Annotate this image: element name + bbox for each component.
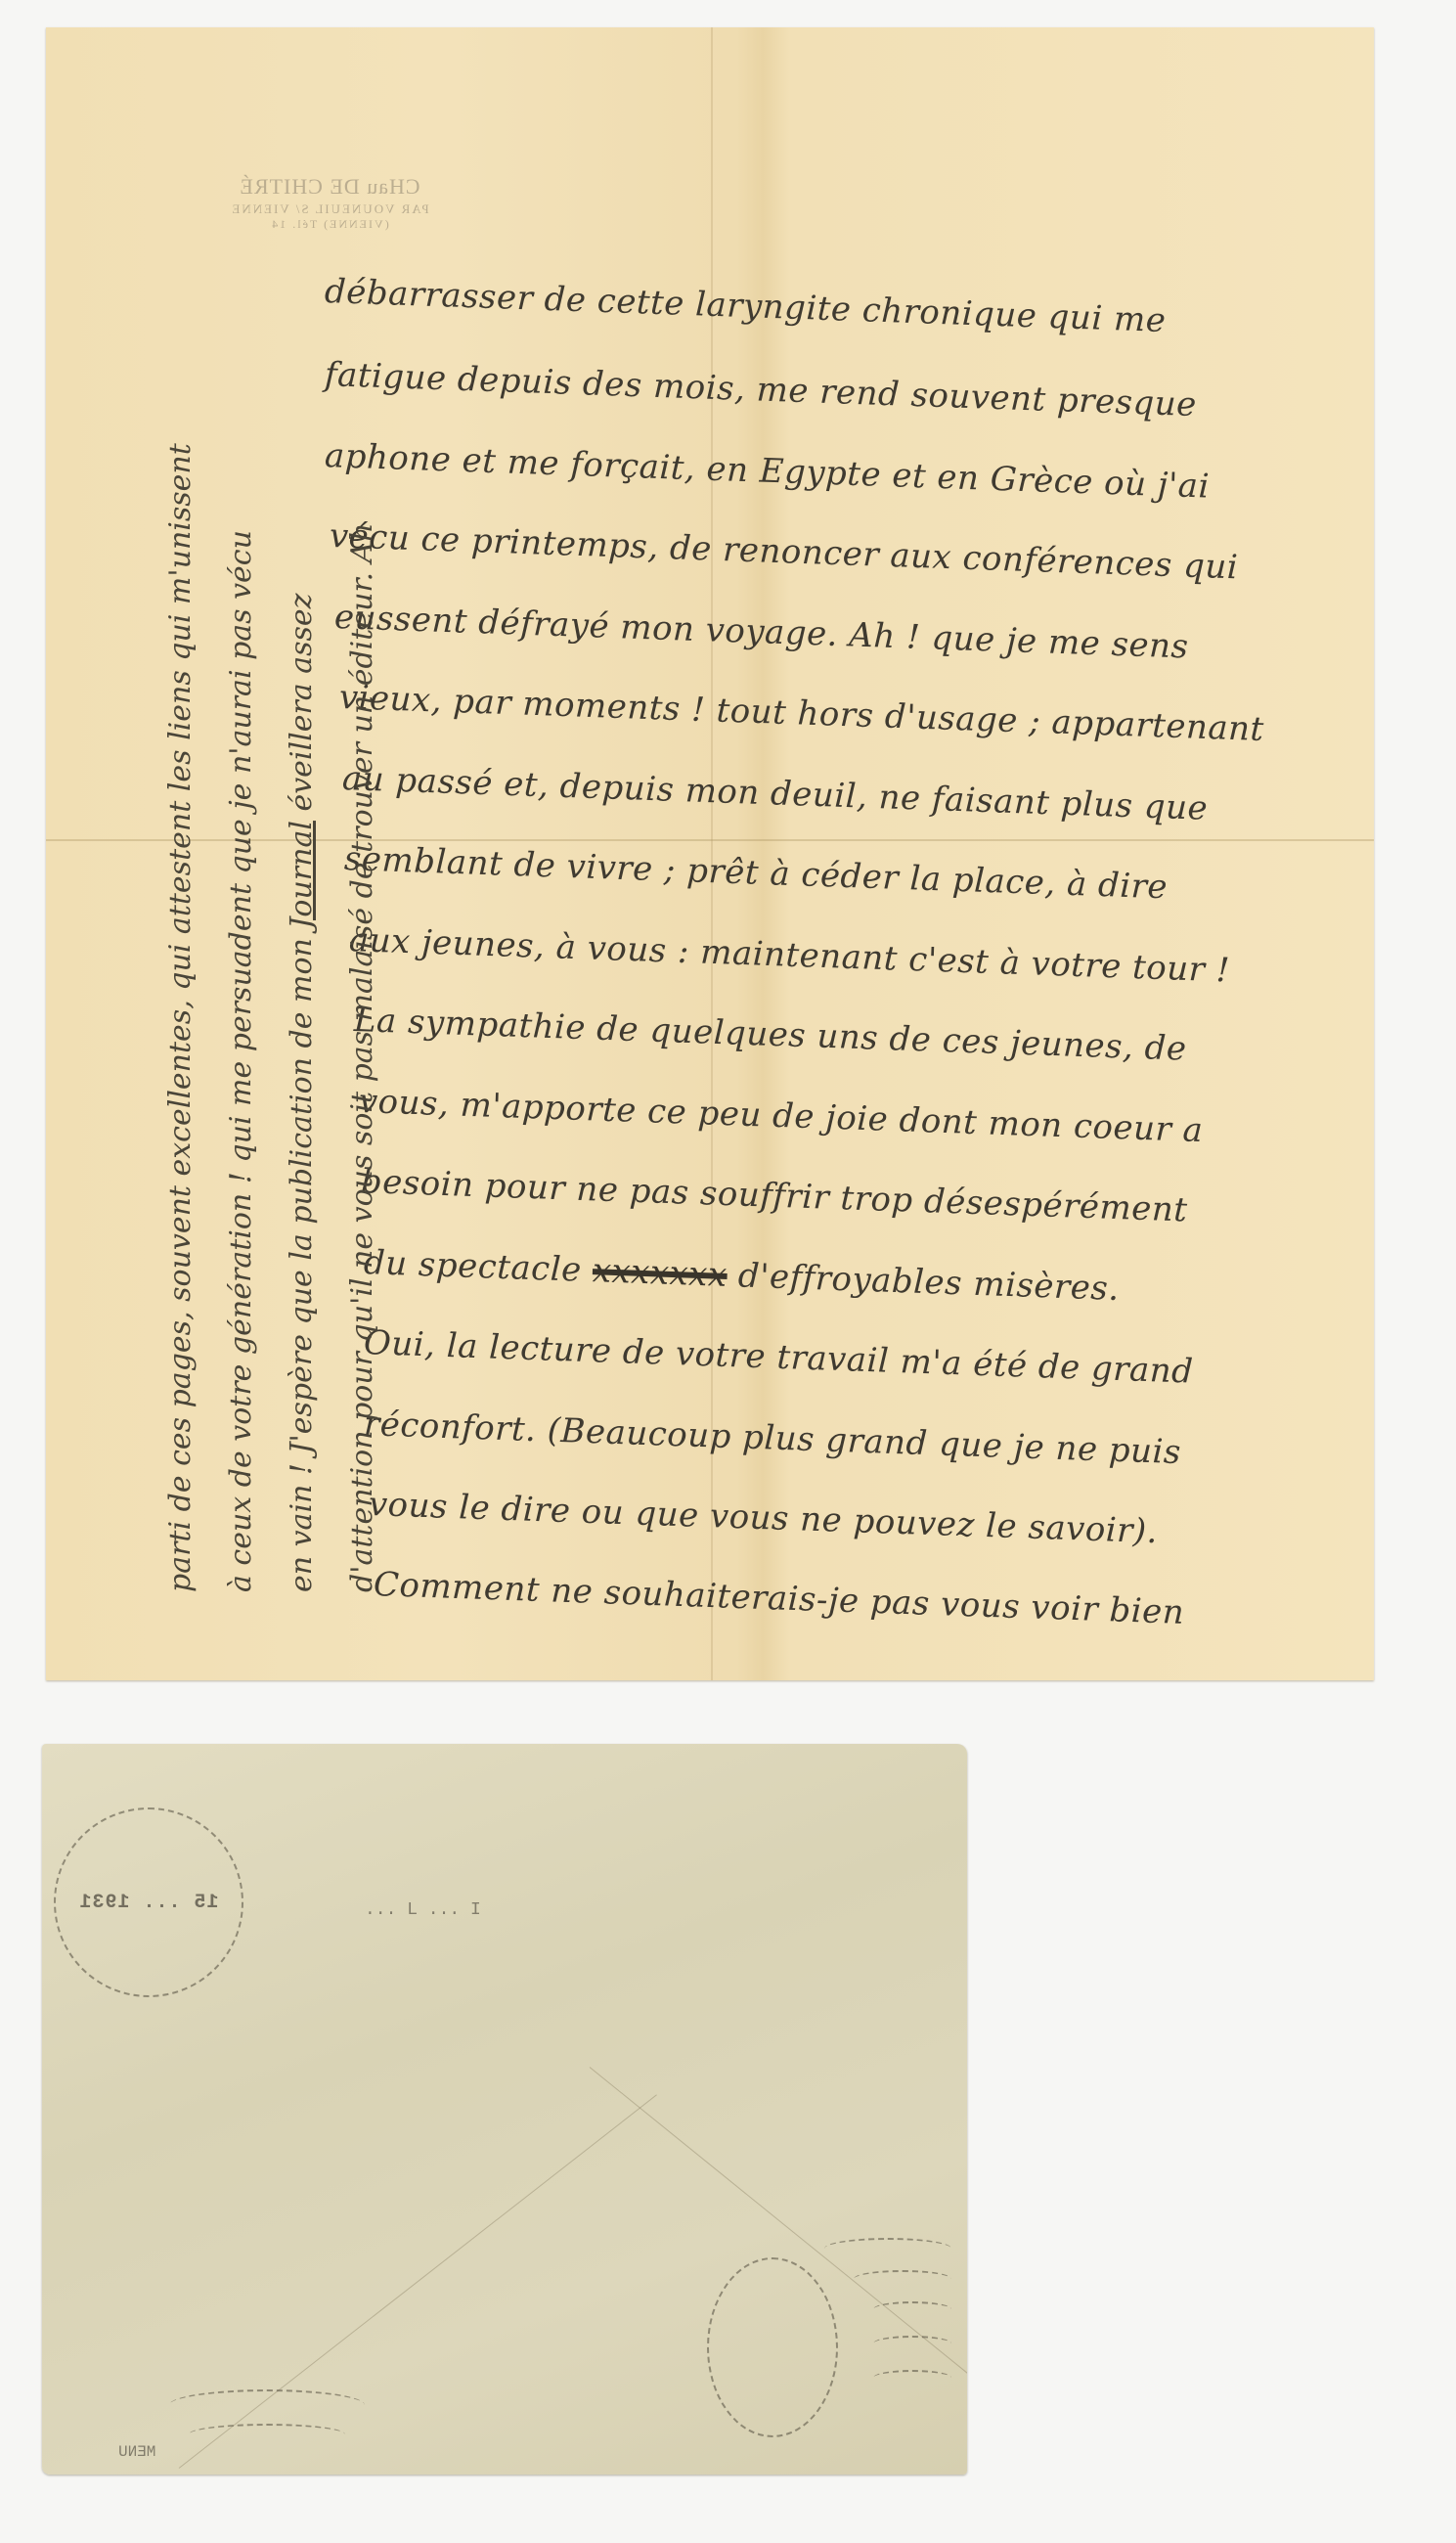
cancellation-wave	[873, 2301, 951, 2317]
postmark-date: 15 ... 1931	[56, 1892, 242, 1914]
margin-line: parti de ces pages, souvent excellentes,…	[163, 76, 224, 1592]
envelope-corner-mark: MENU	[118, 2443, 155, 2461]
postmark-left: 15 ... 1931	[54, 1807, 243, 1997]
body-line: semblant de vivre ; prêt à céder la plac…	[343, 839, 1168, 907]
postmark-right	[707, 2257, 838, 2437]
body-line: fatigue depuis des mois, me rend souvent…	[324, 355, 1197, 424]
body-line: vécu ce printemps, de renoncer aux confé…	[329, 516, 1239, 587]
margin-line: d'attention pour qu'il ne vous soit pas …	[345, 76, 406, 1592]
cancellation-wave	[189, 2424, 345, 2445]
cancellation-wave	[824, 2238, 951, 2259]
body-line: Oui, la lecture de votre travail m'a été…	[363, 1323, 1194, 1392]
cancellation-wave	[854, 2270, 951, 2288]
struck-out-word: xxxxxxx	[592, 1251, 728, 1295]
cancellation-wave	[873, 2336, 951, 2351]
vertical-margin-note: parti de ces pages, souvent excellentes,…	[163, 76, 406, 1592]
envelope-back: 15 ... 1931 ... L ... I MENU	[42, 1744, 967, 2475]
body-line: vieux, par moments ! tout hors d'usage ;…	[338, 678, 1264, 749]
underlined-title: Journal	[285, 821, 319, 929]
body-line: réconfort. (Beaucoup plus grand que je n…	[363, 1405, 1181, 1472]
body-line: eussent défrayé mon voyage. Ah ! que je …	[333, 598, 1189, 666]
letter-sheet: CHau DE CHITRÉ PAR VOUNEUIL S/ VIENNE (V…	[46, 27, 1374, 1680]
margin-line: en vain ! J'espère que la publication de…	[285, 76, 345, 1592]
body-line: vous, m'apporte ce peu de joie dont mon …	[358, 1082, 1204, 1150]
body-line: aphone et me forçait, en Egypte et en Gr…	[324, 436, 1210, 507]
body-line: aux jeunes, à vous : maintenant c'est à …	[348, 920, 1230, 990]
envelope-partial-stamp: ... L ... I	[365, 1900, 481, 1920]
body-line: La sympathie de quelques uns de ces jeun…	[353, 1001, 1187, 1069]
body-line: au passé et, depuis mon deuil, ne faisan…	[341, 759, 1209, 828]
body-line: Comment ne souhaiterais-je pas vous voir…	[373, 1565, 1185, 1632]
margin-line: à ceux de votre génération ! qui me pers…	[224, 76, 285, 1592]
body-line: besoin pour ne pas souffrir trop désespé…	[360, 1162, 1188, 1229]
cancellation-wave	[169, 2389, 365, 2421]
body-line: du spectacle xxxxxxx d'effroyables misèr…	[363, 1243, 1120, 1309]
cancellation-wave	[873, 2370, 951, 2386]
body-line: vous le dire ou que vous ne pouvez le sa…	[368, 1485, 1158, 1551]
body-line: débarrasser de cette laryngite chronique…	[324, 272, 1167, 340]
